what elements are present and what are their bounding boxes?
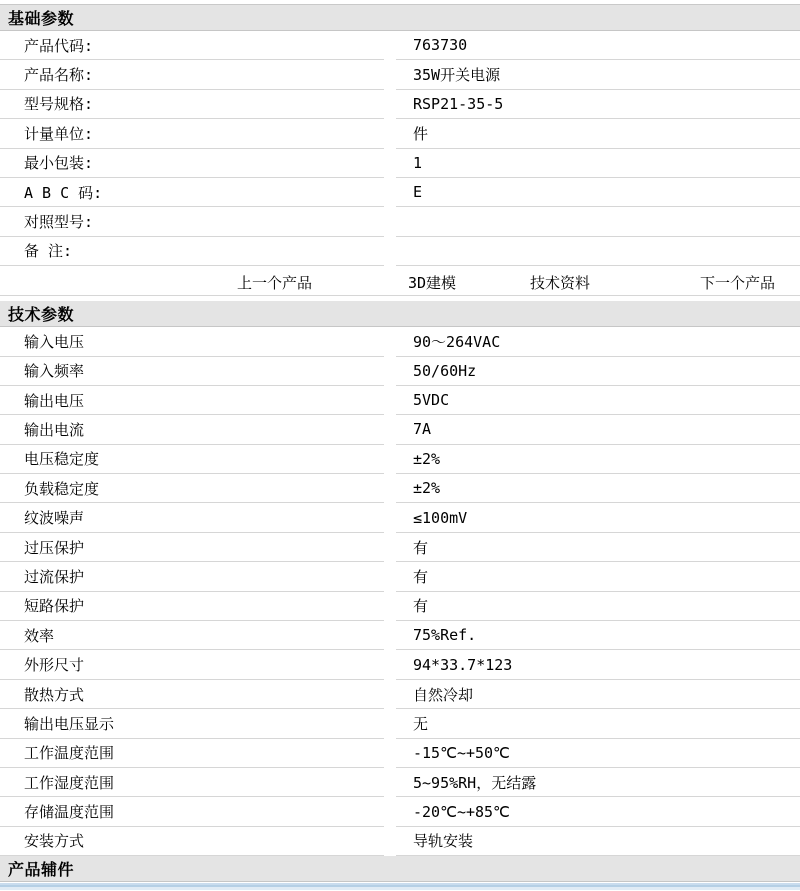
column-gap xyxy=(384,327,396,356)
3d-model-link[interactable]: 3D建模 xyxy=(408,272,456,293)
param-label: 产品名称: xyxy=(0,60,384,89)
column-gap xyxy=(384,680,396,709)
param-label: 存储温度范围 xyxy=(0,797,384,826)
column-gap xyxy=(384,119,396,148)
param-row: 电压稳定度 ±2% xyxy=(0,445,800,474)
param-row: 效率 75%Ref. xyxy=(0,621,800,650)
param-row: 输入频率 50/60Hz xyxy=(0,357,800,386)
param-label: 型号规格: xyxy=(0,90,384,119)
section-header-accessories: 产品辅件 xyxy=(0,856,800,882)
param-value: 有 xyxy=(396,592,800,621)
bottom-accent-bar xyxy=(0,882,800,890)
param-value: 763730 xyxy=(396,31,800,60)
param-row: 负载稳定度 ±2% xyxy=(0,474,800,503)
column-gap xyxy=(384,31,396,60)
param-label: 工作湿度范围 xyxy=(0,768,384,797)
param-label: 负载稳定度 xyxy=(0,474,384,503)
product-detail-page: 基础参数 产品代码: 763730 产品名称: 35W开关电源 型号规格: RS… xyxy=(0,0,800,891)
column-gap xyxy=(384,739,396,768)
param-value: 35W开关电源 xyxy=(396,60,800,89)
param-value: 5VDC xyxy=(396,386,800,415)
param-label: 最小包装: xyxy=(0,149,384,178)
param-value: 有 xyxy=(396,562,800,591)
param-label: 过压保护 xyxy=(0,533,384,562)
column-gap xyxy=(384,797,396,826)
param-value: ≤100mV xyxy=(396,503,800,532)
column-gap xyxy=(384,357,396,386)
param-row: A B C 码: E xyxy=(0,178,800,207)
param-label: A B C 码: xyxy=(0,178,384,207)
param-label: 产品代码: xyxy=(0,31,384,60)
param-label: 纹波噪声 xyxy=(0,503,384,532)
param-row: 过流保护 有 xyxy=(0,562,800,591)
column-gap xyxy=(384,415,396,444)
column-gap xyxy=(384,90,396,119)
param-value: E xyxy=(396,178,800,207)
param-value: 自然冷却 xyxy=(396,680,800,709)
prev-product-link[interactable]: 上一个产品 xyxy=(237,272,312,293)
param-value: -15℃~+50℃ xyxy=(396,739,800,768)
param-value: 无 xyxy=(396,709,800,738)
param-value: ±2% xyxy=(396,474,800,503)
param-row: 产品代码: 763730 xyxy=(0,31,800,60)
param-row: 备 注: xyxy=(0,237,800,266)
column-gap xyxy=(384,768,396,797)
param-value: ±2% xyxy=(396,445,800,474)
param-row: 工作湿度范围 5~95%RH，无结露 xyxy=(0,768,800,797)
param-row: 工作温度范围 -15℃~+50℃ xyxy=(0,739,800,768)
param-label: 工作温度范围 xyxy=(0,739,384,768)
param-row: 存储温度范围 -20℃~+85℃ xyxy=(0,797,800,826)
param-row: 输出电压 5VDC xyxy=(0,386,800,415)
column-gap xyxy=(384,650,396,679)
param-value: 1 xyxy=(396,149,800,178)
param-value: 75%Ref. xyxy=(396,621,800,650)
column-gap xyxy=(384,207,396,236)
section-header-basic: 基础参数 xyxy=(0,5,800,31)
column-gap xyxy=(384,445,396,474)
tech-params-table: 输入电压 90～264VAC 输入频率 50/60Hz 输出电压 5VDC 输出… xyxy=(0,327,800,856)
param-value: 5~95%RH，无结露 xyxy=(396,768,800,797)
section-title-accessories: 产品辅件 xyxy=(8,857,74,880)
column-gap xyxy=(384,503,396,532)
column-gap xyxy=(384,237,396,266)
column-gap xyxy=(384,178,396,207)
next-product-link[interactable]: 下一个产品 xyxy=(700,272,775,293)
column-gap xyxy=(384,592,396,621)
param-label: 输入电压 xyxy=(0,327,384,356)
param-value: 50/60Hz xyxy=(396,357,800,386)
param-row: 过压保护 有 xyxy=(0,533,800,562)
param-value: 94*33.7*123 xyxy=(396,650,800,679)
product-nav-row: 上一个产品 3D建模 技术资料 下一个产品 xyxy=(0,266,800,296)
column-gap xyxy=(384,60,396,89)
param-value: 有 xyxy=(396,533,800,562)
basic-params-table: 产品代码: 763730 产品名称: 35W开关电源 型号规格: RSP21-3… xyxy=(0,31,800,266)
param-value xyxy=(396,237,800,266)
tech-docs-link[interactable]: 技术资料 xyxy=(530,272,590,293)
param-label: 输出电压显示 xyxy=(0,709,384,738)
column-gap xyxy=(384,533,396,562)
section-header-tech: 技术参数 xyxy=(0,301,800,327)
param-value: 7A xyxy=(396,415,800,444)
param-label: 输出电压 xyxy=(0,386,384,415)
param-row: 产品名称: 35W开关电源 xyxy=(0,60,800,89)
column-gap xyxy=(384,709,396,738)
param-row: 最小包装: 1 xyxy=(0,149,800,178)
param-row: 外形尺寸 94*33.7*123 xyxy=(0,650,800,679)
param-row: 计量单位: 件 xyxy=(0,119,800,148)
param-value: 导轨安装 xyxy=(396,827,800,856)
param-value: 件 xyxy=(396,119,800,148)
param-value xyxy=(396,207,800,236)
column-gap xyxy=(384,621,396,650)
param-label: 散热方式 xyxy=(0,680,384,709)
param-label: 电压稳定度 xyxy=(0,445,384,474)
param-label: 过流保护 xyxy=(0,562,384,591)
column-gap xyxy=(384,386,396,415)
param-row: 散热方式 自然冷却 xyxy=(0,680,800,709)
section-title-basic: 基础参数 xyxy=(8,6,74,29)
column-gap xyxy=(384,474,396,503)
param-row: 输出电压显示 无 xyxy=(0,709,800,738)
param-label: 对照型号: xyxy=(0,207,384,236)
param-label: 短路保护 xyxy=(0,592,384,621)
bottom-accent-line-4 xyxy=(0,887,800,890)
param-row: 短路保护 有 xyxy=(0,592,800,621)
param-label: 计量单位: xyxy=(0,119,384,148)
section-title-tech: 技术参数 xyxy=(8,302,74,325)
column-gap xyxy=(384,827,396,856)
param-label: 输入频率 xyxy=(0,357,384,386)
column-gap xyxy=(384,149,396,178)
param-label: 效率 xyxy=(0,621,384,650)
param-value: RSP21-35-5 xyxy=(396,90,800,119)
param-label: 输出电流 xyxy=(0,415,384,444)
param-row: 输出电流 7A xyxy=(0,415,800,444)
param-label: 备 注: xyxy=(0,237,384,266)
param-row: 对照型号: xyxy=(0,207,800,236)
param-row: 纹波噪声 ≤100mV xyxy=(0,503,800,532)
param-label: 安装方式 xyxy=(0,827,384,856)
param-value: 90～264VAC xyxy=(396,327,800,356)
param-label: 外形尺寸 xyxy=(0,650,384,679)
column-gap xyxy=(384,562,396,591)
param-row: 安装方式 导轨安装 xyxy=(0,827,800,856)
param-row: 型号规格: RSP21-35-5 xyxy=(0,90,800,119)
param-row: 输入电压 90～264VAC xyxy=(0,327,800,356)
param-value: -20℃~+85℃ xyxy=(396,797,800,826)
